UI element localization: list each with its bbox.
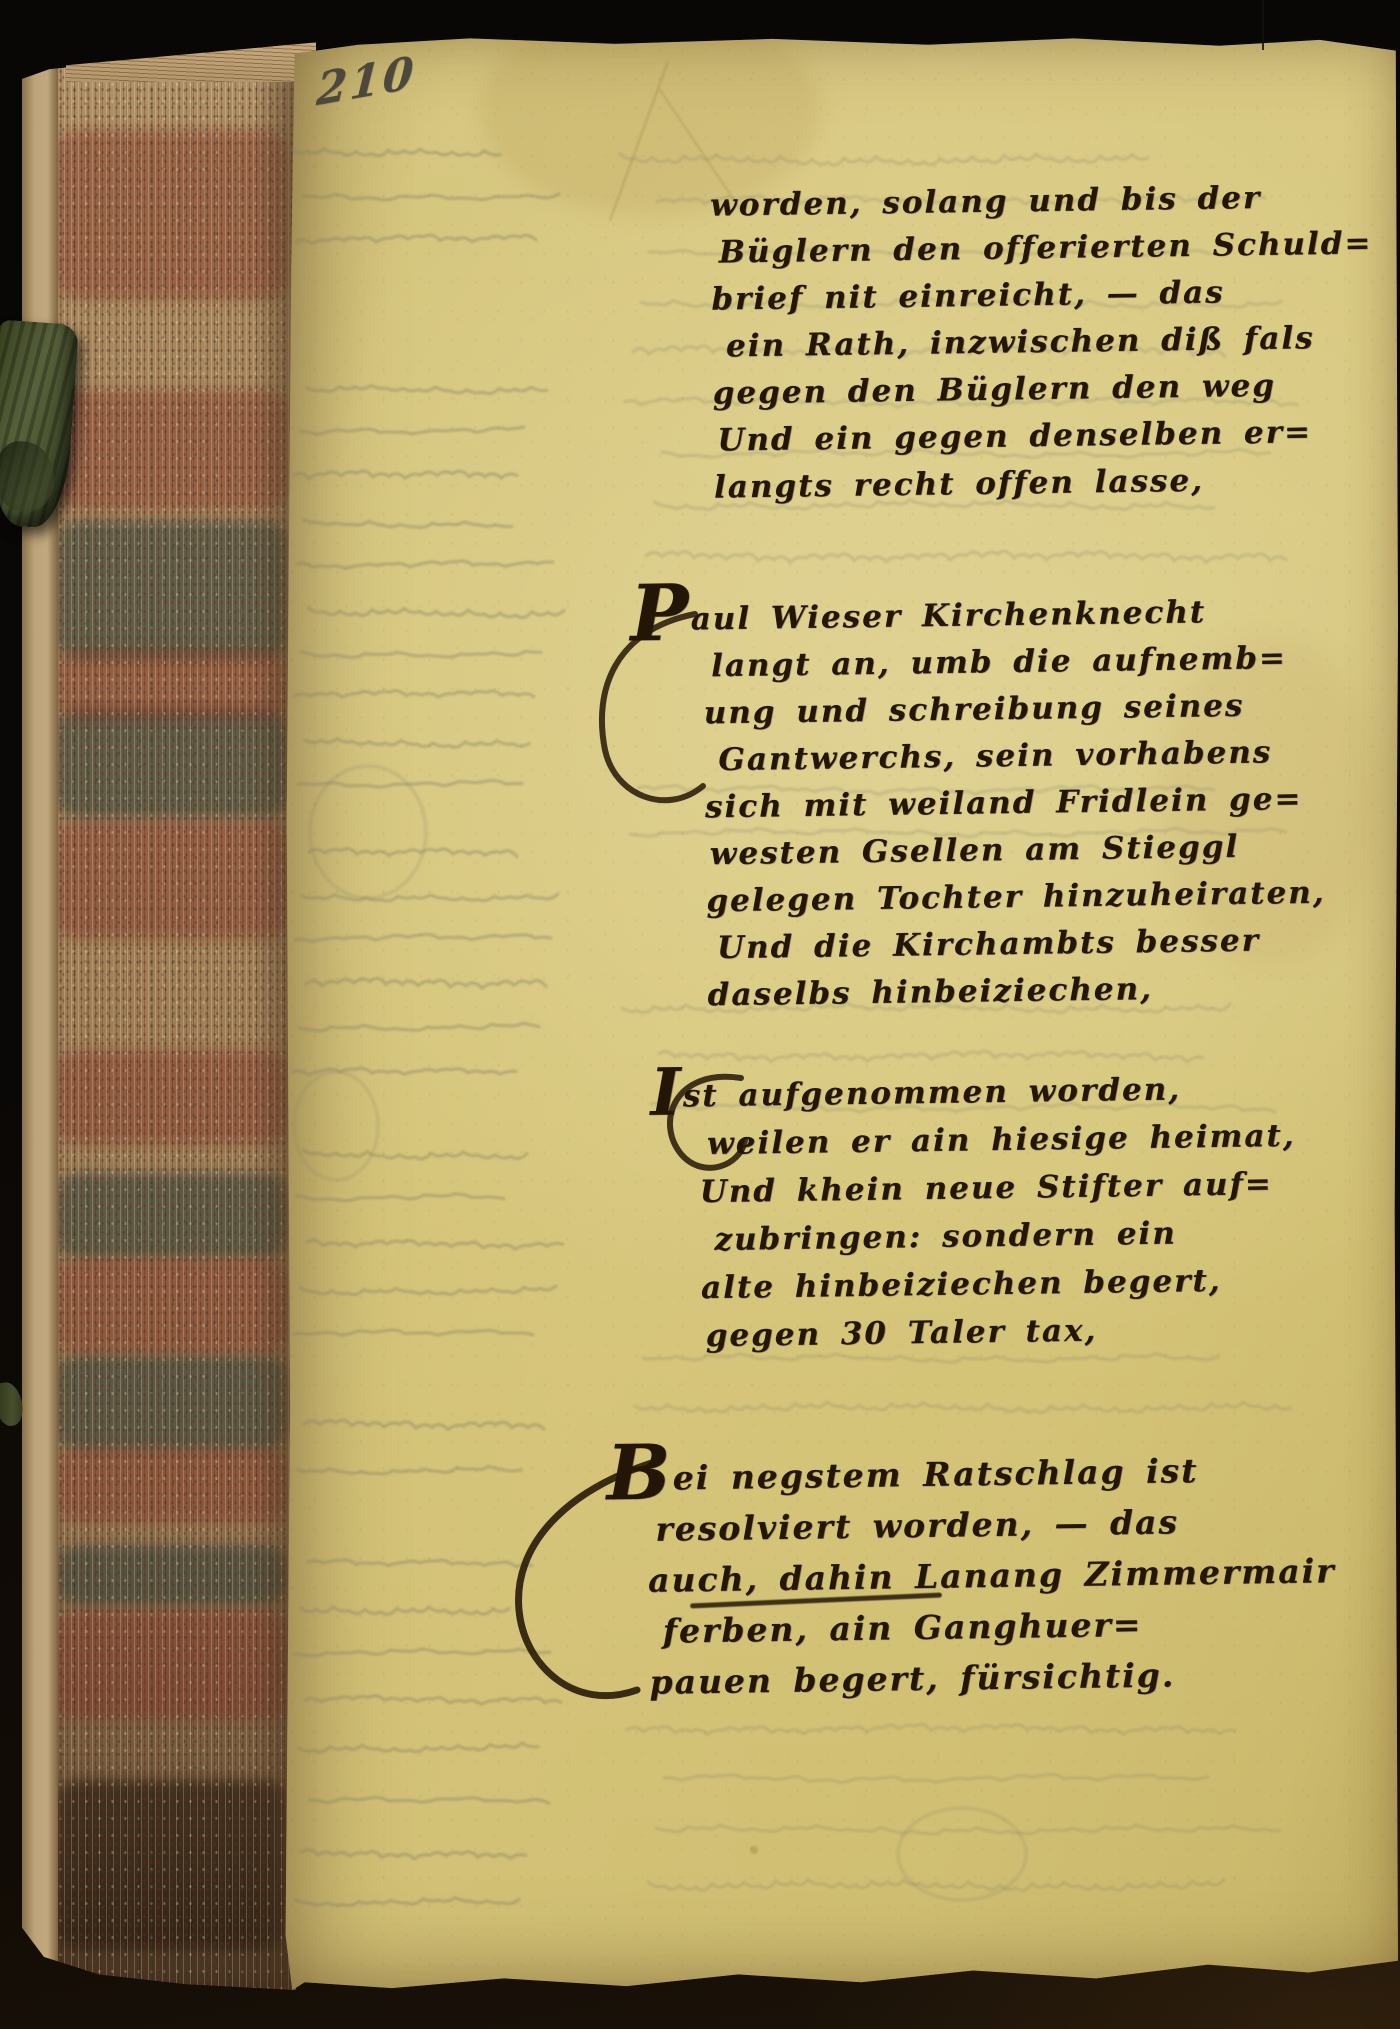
- foxing-spot: [1070, 336, 1075, 341]
- foxing-spot: [920, 246, 927, 253]
- foxing-spot: [1260, 1566, 1266, 1572]
- foxing-spot: [750, 1846, 758, 1854]
- paper-foxing-texture: [280, 36, 1398, 1994]
- cloth-tie-small: [0, 1380, 25, 1428]
- hanging-thread: [1262, 0, 1264, 50]
- page-stack-top-edge: [66, 38, 316, 82]
- paper-stain: [1160, 636, 1380, 966]
- manuscript-page: [280, 36, 1398, 1994]
- manuscript-photo: 210 worden, solang und bis derBüglern de…: [0, 0, 1400, 2029]
